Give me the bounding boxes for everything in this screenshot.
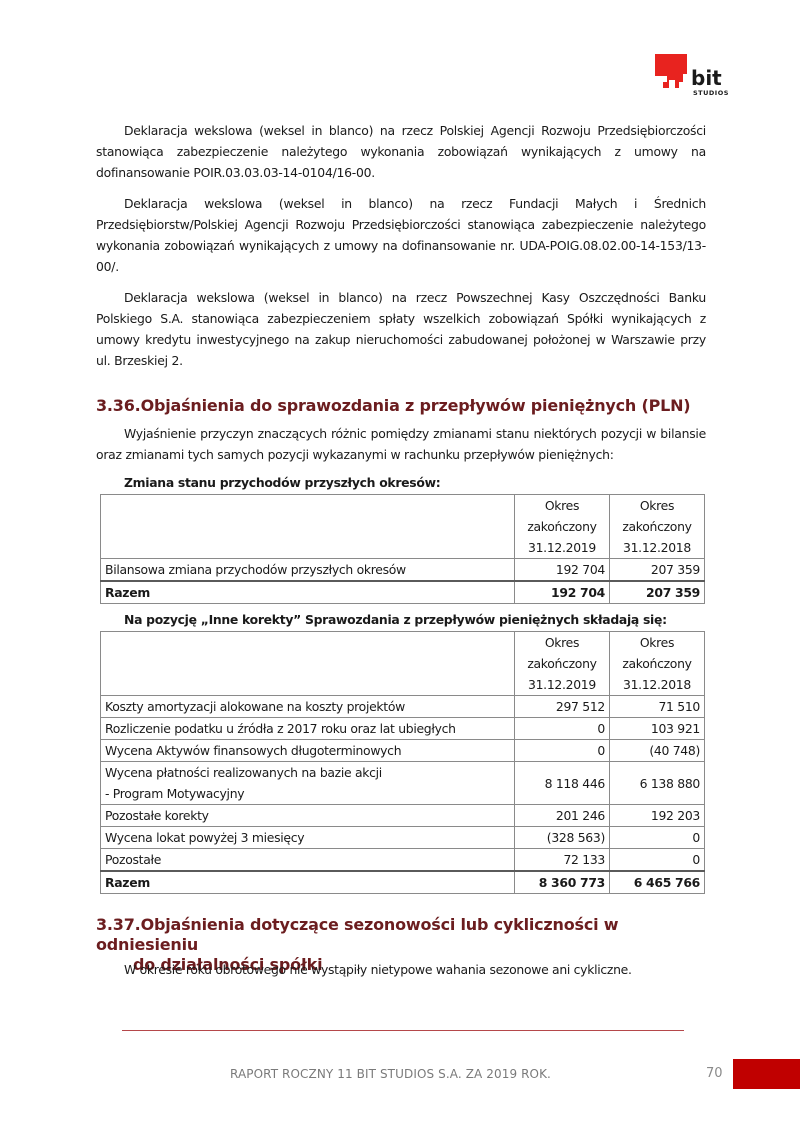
section-37-title-line1: Objaśnienia dotyczące sezonowości lub cy…: [96, 915, 618, 954]
header-2019: Okres zakończony 31.12.2019: [515, 495, 610, 559]
section-36-intro: Wyjaśnienie przyczyn znaczących różnic p…: [96, 423, 706, 465]
svg-text:bit: bit: [691, 66, 722, 90]
header-empty-cell: [101, 632, 515, 696]
table-row: Wycena płatności realizowanych na bazie …: [101, 762, 705, 805]
intro-text: Deklaracja wekslowa (weksel in blanco) n…: [96, 120, 706, 371]
section-37-paragraph: W okresie roku obrotowego nie wystąpiły …: [124, 962, 632, 977]
table-row: Koszty amortyzacji alokowane na koszty p…: [101, 696, 705, 718]
section-36-heading: 3.36.Objaśnienia do sprawozdania z przep…: [96, 396, 716, 416]
other-adjustments-table: Okres zakończony 31.12.2019 Okres zakońc…: [100, 631, 705, 894]
table-row: Pozostałe korekty 201 246 192 203: [101, 805, 705, 827]
section-36-title: Objaśnienia do sprawozdania z przepływów…: [141, 396, 691, 415]
11-bit-studios-logo-icon: bit STUDIOS: [655, 54, 737, 100]
footer-report-title: RAPORT ROCZNY 11 BIT STUDIOS S.A. ZA 201…: [230, 1067, 551, 1081]
table-total-row: Razem 192 704 207 359: [101, 581, 705, 604]
paragraph-parp-declaration: Deklaracja wekslowa (weksel in blanco) n…: [96, 120, 706, 183]
section-36-number: 3.36.: [96, 396, 141, 416]
table-header-row: Okres zakończony 31.12.2019 Okres zakońc…: [101, 495, 705, 559]
page-number: 70: [706, 1066, 723, 1081]
table-row: Rozliczenie podatku u źródła z 2017 roku…: [101, 718, 705, 740]
table2-caption: Na pozycję „Inne korekty” Sprawozdania z…: [124, 612, 667, 627]
table1-caption: Zmiana stanu przychodów przyszłych okres…: [124, 475, 440, 490]
header-empty-cell: [101, 495, 515, 559]
table-row: Bilansowa zmiana przychodów przyszłych o…: [101, 559, 705, 582]
page-accent-bar: [733, 1059, 800, 1089]
table-row: Wycena Aktywów finansowych długoterminow…: [101, 740, 705, 762]
section-37-number: 3.37.: [96, 915, 141, 935]
table-header-row: Okres zakończony 31.12.2019 Okres zakońc…: [101, 632, 705, 696]
header-2018: Okres zakończony 31.12.2018: [610, 495, 705, 559]
table-row: Pozostałe 72 133 0: [101, 849, 705, 872]
header-2019: Okres zakończony 31.12.2019: [515, 632, 610, 696]
paragraph-fmsp-declaration: Deklaracja wekslowa (weksel in blanco) n…: [96, 193, 706, 277]
svg-text:STUDIOS: STUDIOS: [693, 89, 729, 97]
deferred-revenue-table: Okres zakończony 31.12.2019 Okres zakońc…: [100, 494, 705, 604]
section-36-paragraph: Wyjaśnienie przyczyn znaczących różnic p…: [96, 423, 706, 465]
footer-divider: [122, 1030, 684, 1031]
table-row: Wycena lokat powyżej 3 miesięcy (328 563…: [101, 827, 705, 849]
header-2018: Okres zakończony 31.12.2018: [610, 632, 705, 696]
paragraph-pkobp-declaration: Deklaracja wekslowa (weksel in blanco) n…: [96, 287, 706, 371]
table-total-row: Razem 8 360 773 6 465 766: [101, 871, 705, 894]
company-logo: bit STUDIOS: [655, 54, 737, 100]
